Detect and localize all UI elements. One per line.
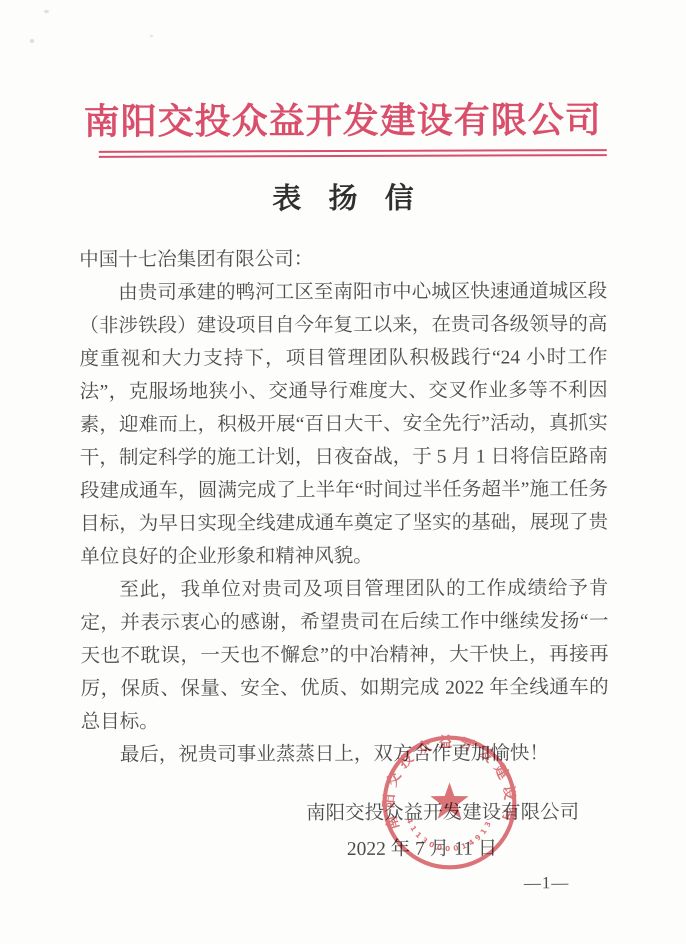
signature-date: 2022 年 7 月 11 日 <box>81 832 609 867</box>
page-number: —1— <box>81 873 609 895</box>
salutation: 中国十七冶集团有限公司： <box>79 242 607 277</box>
letter-content: 南阳交投众益开发建设有限公司 表 扬 信 中国十七冶集团有限公司： 由贵司承建的… <box>0 99 686 896</box>
signature-block: 南阳交投众益开发建设有限公司 2022 年 7 月 11 日 <box>81 796 609 867</box>
scan-artifact <box>30 39 34 43</box>
paragraph-1: 由贵司承建的鸭河工区至南阳市中心城区快速通道城区段（非涉铁段）建设项目自今年复工… <box>79 275 608 574</box>
paragraph-3: 最后，祝贵司事业蒸蒸日上，双方合作更加愉快！ <box>81 737 609 772</box>
scan-artifact <box>44 10 49 13</box>
scan-artifact <box>150 35 153 37</box>
scanned-letter-page: 南阳交投众益开发建设有限公司 表 扬 信 中国十七冶集团有限公司： 由贵司承建的… <box>0 0 686 944</box>
letterhead-company-title: 南阳交投众益开发建设有限公司 <box>79 99 607 144</box>
paragraph-2: 至此，我单位对贵司及项目管理团队的工作成绩给予肯定，并表示衷心的感谢，希望贵司在… <box>80 572 609 739</box>
letter-title: 表 扬 信 <box>79 175 607 218</box>
letter-body: 中国十七冶集团有限公司： 由贵司承建的鸭河工区至南阳市中心城区快速通道城区段（非… <box>79 242 609 772</box>
letterhead-double-rule <box>99 149 607 158</box>
signature-company-name: 南阳交投众益开发建设有限公司 <box>81 796 609 831</box>
